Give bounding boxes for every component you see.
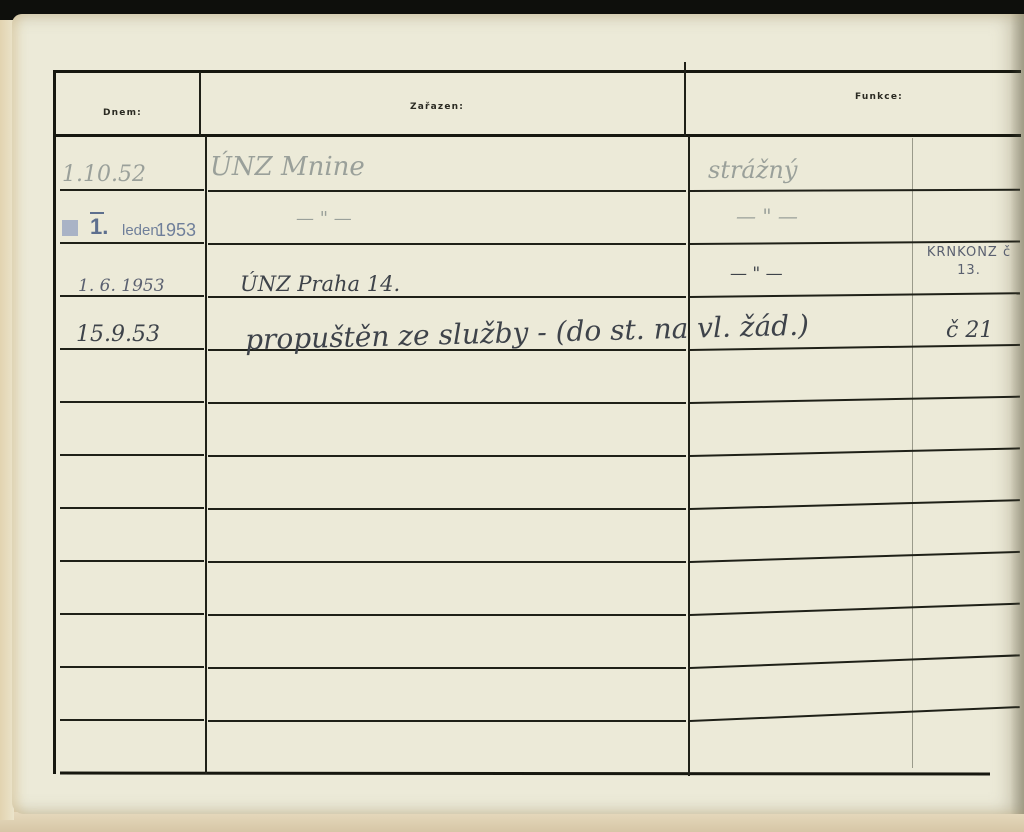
entry-3-function: — " — [730,264,783,284]
note-column-pencil-line [912,138,913,768]
row-rule [208,243,686,245]
row-rule [60,719,204,721]
row-rule [208,508,686,510]
row-rule [208,667,686,669]
row-rule [60,242,204,244]
row-rule [60,189,204,191]
row-rule [60,613,204,615]
entry-4-date: 15.9.53 [76,322,160,347]
header-assignment: Zařazen: [410,102,464,112]
row-rule [208,455,686,457]
entry-3-note: KRNKONZ č 13. [924,244,1014,280]
entry-2-stamp-year: 1953 [156,220,196,241]
header-date: Dnem: [103,108,142,118]
column-divider-date [199,72,201,136]
entry-1-date: 1.10.52 [62,162,146,187]
page-curl-shadow [1010,14,1024,814]
entry-2-stamp-month: leden [122,222,159,239]
column-divider-function [684,62,686,136]
entry-1-function: strážný [708,156,797,184]
entry-2-function: — " — [736,204,798,228]
row-rule [208,614,686,616]
column-divider-date-body [205,136,207,774]
row-rule [208,190,686,192]
entry-4-note: č 21 [946,318,993,343]
row-rule [60,666,204,668]
entry-2-assignment: — " — [296,208,352,229]
entry-1-assignment: ÚNZ Mnine [210,152,365,182]
row-rule [60,348,204,350]
entry-3-note-text: KRNKONZ č 13. [924,244,1014,280]
row-rule [60,507,204,509]
row-rule [208,402,686,404]
table-left-border [53,70,56,774]
row-rule [60,401,204,403]
date-stamp-box [62,220,78,236]
entry-3-date: 1. 6. 1953 [78,276,165,296]
row-rule [60,560,204,562]
row-rule [208,561,686,563]
row-rule [208,296,686,298]
row-rule [60,454,204,456]
entry-2-stamp-day: 1. [90,214,108,240]
page-bottom-edge [0,812,1024,832]
header-function: Funkce: [855,92,903,102]
row-rule [208,720,686,722]
entry-3-assignment: ÚNZ Praha 14. [240,272,400,296]
